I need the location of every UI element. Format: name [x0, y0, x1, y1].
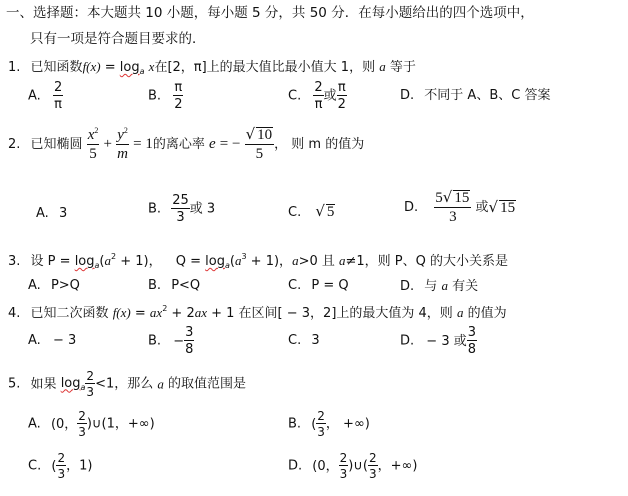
- section-title: 一、选择题：本大题共 10 小题，每小题 5 分，共 50 分．在每小题给出的四…: [6, 7, 534, 21]
- question-1-option-b[interactable]: B. π2: [148, 81, 183, 111]
- question-1-stem: 1. 已知函数f(x) = loga x在[2，π]上的最大值比最小值大 1，则…: [8, 60, 416, 76]
- question-3-stem: 3. 设 P = loga(a2 + 1)， Q = loga(a3 + 1)，…: [8, 253, 508, 270]
- question-3-option-d[interactable]: D. 与 a 有关: [400, 279, 478, 293]
- question-5-stem: 5. 如果 loga23<1，那么 a 的取值范围是: [8, 370, 246, 398]
- question-number: 2.: [8, 137, 20, 152]
- section-instruction: 只有一项是符合题目要求的．: [30, 33, 206, 47]
- question-1-option-c[interactable]: C. 2π或π2: [288, 81, 347, 111]
- question-3-option-c[interactable]: C. P = Q: [288, 279, 349, 292]
- question-1-option-a[interactable]: A. 2π: [28, 81, 63, 111]
- question-4-option-d[interactable]: D. − 3 或38: [400, 326, 477, 356]
- question-5-option-d[interactable]: D. (0，23)∪(23，+∞): [288, 452, 417, 480]
- question-2-option-c[interactable]: C. √5: [288, 204, 335, 220]
- question-2-option-d[interactable]: D. 5√153 或√15: [404, 190, 516, 225]
- question-number: 3.: [8, 254, 20, 269]
- question-2-option-a[interactable]: A. 3: [36, 207, 67, 220]
- question-2-stem: 2. 已知椭圆 x25 + y2m = 1的离心率 e = − √105， 则 …: [8, 127, 364, 162]
- question-number: 4.: [8, 306, 20, 321]
- question-number: 1.: [8, 60, 20, 75]
- question-5-option-a[interactable]: A. (0，23)∪(1，+∞): [28, 410, 155, 438]
- question-3-option-a[interactable]: A. P>Q: [28, 279, 80, 292]
- question-4-stem: 4. 已知二次函数 f(x) = ax2 + 2ax + 1 在区间[ − 3，…: [8, 305, 507, 320]
- question-number: 5.: [8, 377, 20, 392]
- question-1-option-d[interactable]: D. 不同于 A、B、C 答案: [400, 89, 550, 102]
- question-4-option-c[interactable]: C. 3: [288, 334, 320, 347]
- question-3-option-b[interactable]: B. P<Q: [148, 279, 200, 292]
- question-2-option-b[interactable]: B. 253或 3: [148, 194, 215, 224]
- question-5-option-c[interactable]: C. (23，1): [28, 452, 92, 480]
- question-4-option-b[interactable]: B. −38: [148, 326, 194, 356]
- question-5-option-b[interactable]: B. (23， +∞): [288, 410, 370, 438]
- question-4-option-a[interactable]: A. − 3: [28, 334, 76, 347]
